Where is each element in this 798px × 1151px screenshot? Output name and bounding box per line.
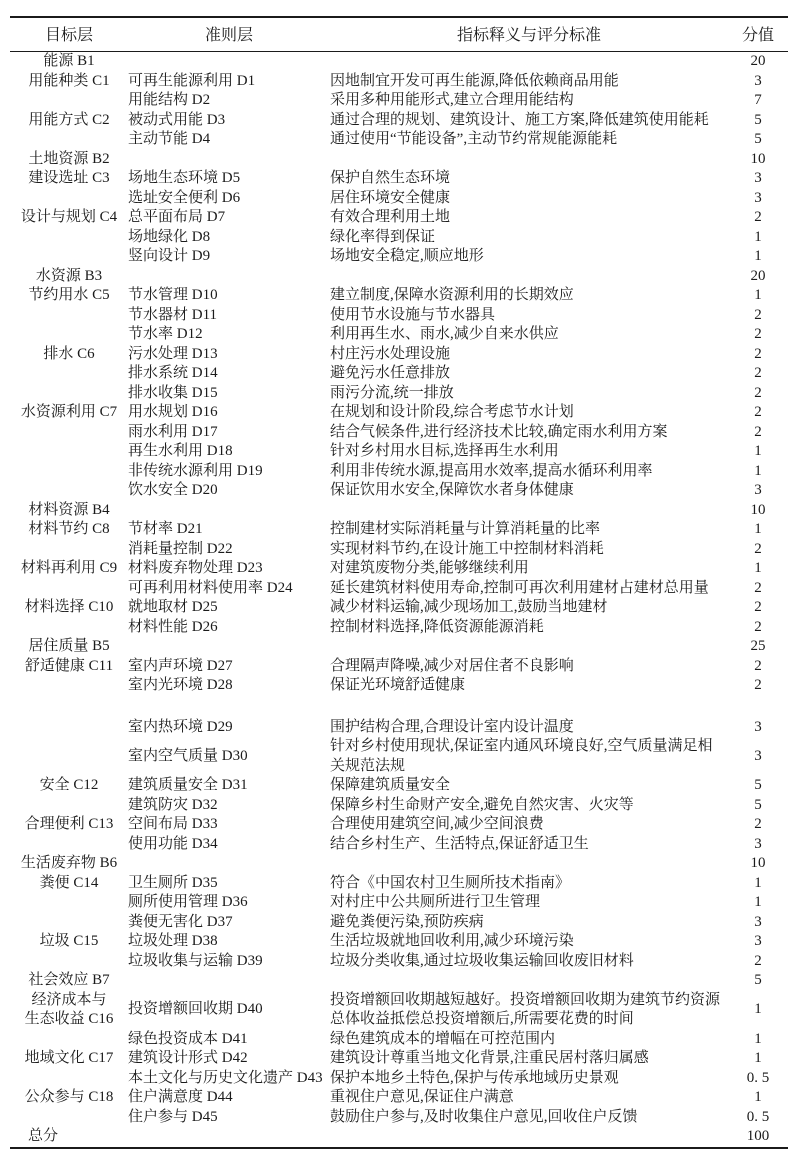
description-cell: 绿色建筑成本的增幅在可控范围内 xyxy=(330,1030,728,1050)
criterion-cell: 用水规划 D16 xyxy=(128,403,330,423)
target-cell: 合理便利 C13 xyxy=(10,815,128,835)
criterion-cell: 主动节能 D4 xyxy=(128,130,330,150)
criterion-cell xyxy=(128,854,330,874)
score-cell: 1 xyxy=(728,893,788,913)
table-row: 材料资源 B410 xyxy=(10,501,788,521)
description-cell: 采用多种用能形式,建立合理用能结构 xyxy=(330,91,728,111)
target-cell: 社会效应 B7 xyxy=(10,971,128,991)
criterion-cell: 场地绿化 D8 xyxy=(128,228,330,248)
description-cell: 实现材料节约,在设计施工中控制材料消耗 xyxy=(330,540,728,560)
description-cell xyxy=(330,854,728,874)
description-cell: 针对乡村用水目标,选择再生水利用 xyxy=(330,442,728,462)
description-cell xyxy=(330,267,728,287)
description-cell: 保证光环境舒适健康 xyxy=(330,676,728,696)
description-cell: 建立制度,保障水资源利用的长期效应 xyxy=(330,286,728,306)
table-row: 室内热环境 D29围护结构合理,合理设计室内设计温度3 xyxy=(10,696,788,738)
target-cell xyxy=(10,796,128,816)
criterion-cell: 住户参与 D45 xyxy=(128,1108,330,1128)
header-criterion-layer: 准则层 xyxy=(128,17,330,52)
table-row: 住户参与 D45鼓励住户参与,及时收集住户意见,回收住户反馈0. 5 xyxy=(10,1108,788,1128)
table-row: 粪便 C14卫生厕所 D35符合《中国农村卫生厕所技术指南》1 xyxy=(10,874,788,894)
target-cell: 能源 B1 xyxy=(10,52,128,72)
table-header: 目标层 准则层 指标释义与评分标准 分值 xyxy=(10,17,788,52)
target-cell: 材料选择 C10 xyxy=(10,598,128,618)
target-cell xyxy=(10,540,128,560)
score-cell: 20 xyxy=(728,52,788,72)
description-cell: 场地安全稳定,顺应地形 xyxy=(330,247,728,267)
description-cell: 利用非传统水源,提高用水效率,提高水循环利用率 xyxy=(330,462,728,482)
table-row: 饮水安全 D20保证饮用水安全,保障饮水者身体健康3 xyxy=(10,481,788,501)
criterion-cell xyxy=(128,150,330,170)
description-cell: 保护自然生态环境 xyxy=(330,169,728,189)
criterion-cell: 竖向设计 D9 xyxy=(128,247,330,267)
table-row: 建设选址 C3场地生态环境 D5保护自然生态环境3 xyxy=(10,169,788,189)
criterion-cell: 被动式用能 D3 xyxy=(128,111,330,131)
score-cell: 3 xyxy=(728,737,788,776)
score-cell: 3 xyxy=(728,169,788,189)
score-cell: 3 xyxy=(728,932,788,952)
criterion-cell: 室内空气质量 D30 xyxy=(128,737,330,776)
target-cell xyxy=(10,423,128,443)
target-cell xyxy=(10,676,128,696)
target-cell xyxy=(10,913,128,933)
description-cell: 利用再生水、雨水,减少自来水供应 xyxy=(330,325,728,345)
criterion-cell: 场地生态环境 D5 xyxy=(128,169,330,189)
score-cell: 2 xyxy=(728,952,788,972)
criterion-cell: 卫生厕所 D35 xyxy=(128,874,330,894)
score-cell: 3 xyxy=(728,696,788,738)
description-cell: 对村庄中公共厕所进行卫生管理 xyxy=(330,893,728,913)
criterion-cell: 材料性能 D26 xyxy=(128,618,330,638)
description-cell: 符合《中国农村卫生厕所技术指南》 xyxy=(330,874,728,894)
criterion-cell: 节水器材 D11 xyxy=(128,306,330,326)
target-cell xyxy=(10,189,128,209)
target-cell xyxy=(10,91,128,111)
description-cell: 避免污水任意排放 xyxy=(330,364,728,384)
table-row: 安全 C12建筑质量安全 D31保障建筑质量安全5 xyxy=(10,776,788,796)
description-cell: 生活垃圾就地回收利用,减少环境污染 xyxy=(330,932,728,952)
table-row: 厕所使用管理 D36对村庄中公共厕所进行卫生管理1 xyxy=(10,893,788,913)
table-body: 能源 B120用能种类 C1可再生能源利用 D1因地制宜开发可再生能源,降低依赖… xyxy=(10,52,788,1148)
table-row: 舒适健康 C11室内声环境 D27合理隔声降噪,减少对居住者不良影响2 xyxy=(10,657,788,677)
table-row: 排水收集 D15雨污分流,统一排放2 xyxy=(10,384,788,404)
description-cell: 雨污分流,统一排放 xyxy=(330,384,728,404)
description-cell xyxy=(330,971,728,991)
target-cell xyxy=(10,364,128,384)
evaluation-criteria-table: 目标层 准则层 指标释义与评分标准 分值 能源 B120用能种类 C1可再生能源… xyxy=(10,16,788,1149)
score-cell: 20 xyxy=(728,267,788,287)
score-cell: 2 xyxy=(728,579,788,599)
description-cell: 围护结构合理,合理设计室内设计温度 xyxy=(330,696,728,738)
criterion-cell: 室内光环境 D28 xyxy=(128,676,330,696)
score-cell: 1 xyxy=(728,286,788,306)
table-row: 竖向设计 D9场地安全稳定,顺应地形1 xyxy=(10,247,788,267)
criterion-cell: 饮水安全 D20 xyxy=(128,481,330,501)
table-row: 节水率 D12利用再生水、雨水,减少自来水供应2 xyxy=(10,325,788,345)
score-cell: 10 xyxy=(728,854,788,874)
score-cell: 2 xyxy=(728,540,788,560)
table-row: 材料节约 C8节材率 D21控制建材实际消耗量与计算消耗量的比率1 xyxy=(10,520,788,540)
score-cell: 2 xyxy=(728,306,788,326)
criterion-cell: 垃圾处理 D38 xyxy=(128,932,330,952)
criterion-cell: 可再利用材料使用率 D24 xyxy=(128,579,330,599)
score-cell: 2 xyxy=(728,657,788,677)
target-cell: 生活废弃物 B6 xyxy=(10,854,128,874)
table-row: 能源 B120 xyxy=(10,52,788,72)
description-cell: 避免粪便污染,预防疾病 xyxy=(330,913,728,933)
description-cell: 绿化率得到保证 xyxy=(330,228,728,248)
score-cell: 5 xyxy=(728,111,788,131)
target-cell: 垃圾 C15 xyxy=(10,932,128,952)
score-cell: 2 xyxy=(728,208,788,228)
target-cell: 水资源利用 C7 xyxy=(10,403,128,423)
description-cell: 居住环境安全健康 xyxy=(330,189,728,209)
description-cell: 控制材料选择,降低资源能源消耗 xyxy=(330,618,728,638)
criterion-cell: 排水系统 D14 xyxy=(128,364,330,384)
score-cell: 1 xyxy=(728,247,788,267)
score-cell: 5 xyxy=(728,130,788,150)
description-cell: 结合乡村生产、生活特点,保证舒适卫生 xyxy=(330,835,728,855)
description-cell: 保证饮用水安全,保障饮水者身体健康 xyxy=(330,481,728,501)
description-cell: 通过合理的规划、建筑设计、施工方案,降低建筑使用能耗 xyxy=(330,111,728,131)
description-cell xyxy=(330,637,728,657)
criterion-cell: 粪便无害化 D37 xyxy=(128,913,330,933)
target-cell: 节约用水 C5 xyxy=(10,286,128,306)
criterion-cell: 用能结构 D2 xyxy=(128,91,330,111)
target-cell xyxy=(10,384,128,404)
criterion-cell: 厕所使用管理 D36 xyxy=(128,893,330,913)
description-cell: 投资增额回收期越短越好。投资增额回收期为建筑节约资源总体收益抵偿总投资增额后,所… xyxy=(330,991,728,1030)
target-cell xyxy=(10,696,128,738)
description-cell: 鼓励住户参与,及时收集住户意见,回收住户反馈 xyxy=(330,1108,728,1128)
description-cell: 合理隔声降噪,减少对居住者不良影响 xyxy=(330,657,728,677)
table-row: 选址安全便利 D6居住环境安全健康3 xyxy=(10,189,788,209)
target-cell xyxy=(10,247,128,267)
target-cell xyxy=(10,306,128,326)
criterion-cell: 建筑设计形式 D42 xyxy=(128,1049,330,1069)
target-cell xyxy=(10,481,128,501)
header-target-layer: 目标层 xyxy=(10,17,128,52)
description-cell: 保护本地乡土特色,保护与传承地域历史景观 xyxy=(330,1069,728,1089)
table-row: 非传统水源利用 D19利用非传统水源,提高用水效率,提高水循环利用率1 xyxy=(10,462,788,482)
target-cell xyxy=(10,952,128,972)
target-cell: 总分 xyxy=(10,1127,128,1148)
target-cell: 经济成本与 生态收益 C16 xyxy=(10,991,128,1030)
criterion-cell: 材料废弃物处理 D23 xyxy=(128,559,330,579)
score-cell: 0. 5 xyxy=(728,1108,788,1128)
target-cell: 公众参与 C18 xyxy=(10,1088,128,1108)
score-cell: 2 xyxy=(728,598,788,618)
table-row: 用能方式 C2被动式用能 D3通过合理的规划、建筑设计、施工方案,降低建筑使用能… xyxy=(10,111,788,131)
target-cell: 材料再利用 C9 xyxy=(10,559,128,579)
description-cell: 在规划和设计阶段,综合考虑节水计划 xyxy=(330,403,728,423)
description-cell: 垃圾分类收集,通过垃圾收集运输回收废旧材料 xyxy=(330,952,728,972)
criterion-cell: 本土文化与历史文化遗产 D43 xyxy=(128,1069,330,1089)
description-cell: 重视住户意见,保证住户满意 xyxy=(330,1088,728,1108)
target-cell xyxy=(10,130,128,150)
criterion-cell: 室内声环境 D27 xyxy=(128,657,330,677)
description-cell xyxy=(330,150,728,170)
description-cell xyxy=(330,1127,728,1148)
target-cell xyxy=(10,618,128,638)
criterion-cell: 建筑防灾 D32 xyxy=(128,796,330,816)
target-cell: 舒适健康 C11 xyxy=(10,657,128,677)
score-cell: 2 xyxy=(728,345,788,365)
table-row: 合理便利 C13空间布局 D33合理使用建筑空间,减少空间浪费2 xyxy=(10,815,788,835)
table-row: 经济成本与 生态收益 C16投资增额回收期 D40投资增额回收期越短越好。投资增… xyxy=(10,991,788,1030)
criterion-cell: 节材率 D21 xyxy=(128,520,330,540)
criterion-cell: 非传统水源利用 D19 xyxy=(128,462,330,482)
header-score: 分值 xyxy=(728,17,788,52)
criterion-cell: 消耗量控制 D22 xyxy=(128,540,330,560)
table-row: 绿色投资成本 D41绿色建筑成本的增幅在可控范围内1 xyxy=(10,1030,788,1050)
target-cell: 材料节约 C8 xyxy=(10,520,128,540)
score-cell: 3 xyxy=(728,913,788,933)
score-cell: 1 xyxy=(728,520,788,540)
table-row: 使用功能 D34结合乡村生产、生活特点,保证舒适卫生3 xyxy=(10,835,788,855)
table-row: 排水系统 D14避免污水任意排放2 xyxy=(10,364,788,384)
score-cell: 3 xyxy=(728,189,788,209)
score-cell: 2 xyxy=(728,384,788,404)
description-cell: 保障建筑质量安全 xyxy=(330,776,728,796)
table-row: 公众参与 C18住户满意度 D44重视住户意见,保证住户满意1 xyxy=(10,1088,788,1108)
table-row: 土地资源 B210 xyxy=(10,150,788,170)
target-cell: 安全 C12 xyxy=(10,776,128,796)
target-cell: 地域文化 C17 xyxy=(10,1049,128,1069)
target-cell: 建设选址 C3 xyxy=(10,169,128,189)
score-cell: 0. 5 xyxy=(728,1069,788,1089)
target-cell: 土地资源 B2 xyxy=(10,150,128,170)
table-row: 雨水利用 D17结合气候条件,进行经济技术比较,确定雨水利用方案2 xyxy=(10,423,788,443)
criterion-cell: 投资增额回收期 D40 xyxy=(128,991,330,1030)
description-cell: 使用节水设施与节水器具 xyxy=(330,306,728,326)
description-cell: 控制建材实际消耗量与计算消耗量的比率 xyxy=(330,520,728,540)
description-cell: 建筑设计尊重当地文化背景,注重民居村落归属感 xyxy=(330,1049,728,1069)
target-cell xyxy=(10,462,128,482)
table-row: 主动节能 D4通过使用“节能设备”,主动节约常规能源能耗5 xyxy=(10,130,788,150)
target-cell: 粪便 C14 xyxy=(10,874,128,894)
criterion-cell: 再生水利用 D18 xyxy=(128,442,330,462)
criterion-cell: 就地取材 D25 xyxy=(128,598,330,618)
table-row: 室内光环境 D28保证光环境舒适健康2 xyxy=(10,676,788,696)
score-cell: 1 xyxy=(728,874,788,894)
target-cell xyxy=(10,325,128,345)
criterion-cell: 住户满意度 D44 xyxy=(128,1088,330,1108)
header-indicator-definition: 指标释义与评分标准 xyxy=(330,17,728,52)
paper-table-page: 目标层 准则层 指标释义与评分标准 分值 能源 B120用能种类 C1可再生能源… xyxy=(0,0,798,1149)
score-cell: 2 xyxy=(728,815,788,835)
target-cell: 排水 C6 xyxy=(10,345,128,365)
description-cell: 延长建筑材料使用寿命,控制可再次利用建材占建材总用量 xyxy=(330,579,728,599)
criterion-cell: 选址安全便利 D6 xyxy=(128,189,330,209)
criterion-cell xyxy=(128,637,330,657)
table-row: 居住质量 B525 xyxy=(10,637,788,657)
table-row: 设计与规划 C4总平面布局 D7有效合理利用土地2 xyxy=(10,208,788,228)
description-cell: 通过使用“节能设备”,主动节约常规能源能耗 xyxy=(330,130,728,150)
table-row: 节约用水 C5节水管理 D10建立制度,保障水资源利用的长期效应1 xyxy=(10,286,788,306)
table-row: 可再利用材料使用率 D24延长建筑材料使用寿命,控制可再次利用建材占建材总用量2 xyxy=(10,579,788,599)
score-cell: 2 xyxy=(728,423,788,443)
criterion-cell: 排水收集 D15 xyxy=(128,384,330,404)
criterion-cell xyxy=(128,267,330,287)
target-cell: 水资源 B3 xyxy=(10,267,128,287)
criterion-cell: 总平面布局 D7 xyxy=(128,208,330,228)
description-cell: 结合气候条件,进行经济技术比较,确定雨水利用方案 xyxy=(330,423,728,443)
target-cell: 设计与规划 C4 xyxy=(10,208,128,228)
description-cell: 有效合理利用土地 xyxy=(330,208,728,228)
criterion-cell: 室内热环境 D29 xyxy=(128,696,330,738)
target-cell: 用能种类 C1 xyxy=(10,72,128,92)
score-cell: 7 xyxy=(728,91,788,111)
score-cell: 25 xyxy=(728,637,788,657)
target-cell xyxy=(10,1069,128,1089)
target-cell xyxy=(10,1108,128,1128)
table-row: 节水器材 D11使用节水设施与节水器具2 xyxy=(10,306,788,326)
description-cell: 保障乡村生命财产安全,避免自然灾害、火灾等 xyxy=(330,796,728,816)
score-cell: 1 xyxy=(728,559,788,579)
table-row: 室内空气质量 D30针对乡村使用现状,保证室内通风环境良好,空气质量满足相关规范… xyxy=(10,737,788,776)
table-row: 地域文化 C17建筑设计形式 D42建筑设计尊重当地文化背景,注重民居村落归属感… xyxy=(10,1049,788,1069)
score-cell: 5 xyxy=(728,971,788,991)
table-row: 本土文化与历史文化遗产 D43保护本地乡土特色,保护与传承地域历史景观0. 5 xyxy=(10,1069,788,1089)
target-cell xyxy=(10,442,128,462)
description-cell xyxy=(330,501,728,521)
score-cell: 5 xyxy=(728,776,788,796)
criterion-cell xyxy=(128,52,330,72)
target-cell: 居住质量 B5 xyxy=(10,637,128,657)
score-cell: 1 xyxy=(728,1030,788,1050)
table-row: 建筑防灾 D32保障乡村生命财产安全,避免自然灾害、火灾等5 xyxy=(10,796,788,816)
score-cell: 10 xyxy=(728,501,788,521)
table-row: 用能种类 C1可再生能源利用 D1因地制宜开发可再生能源,降低依赖商品用能3 xyxy=(10,72,788,92)
score-cell: 1 xyxy=(728,1088,788,1108)
criterion-cell xyxy=(128,971,330,991)
criterion-cell: 节水管理 D10 xyxy=(128,286,330,306)
criterion-cell: 污水处理 D13 xyxy=(128,345,330,365)
score-cell: 3 xyxy=(728,481,788,501)
table-row: 垃圾收集与运输 D39垃圾分类收集,通过垃圾收集运输回收废旧材料2 xyxy=(10,952,788,972)
target-cell xyxy=(10,1030,128,1050)
table-row: 粪便无害化 D37避免粪便污染,预防疾病3 xyxy=(10,913,788,933)
description-cell: 针对乡村使用现状,保证室内通风环境良好,空气质量满足相关规范法规 xyxy=(330,737,728,776)
header-row: 目标层 准则层 指标释义与评分标准 分值 xyxy=(10,17,788,52)
criterion-cell: 使用功能 D34 xyxy=(128,835,330,855)
target-cell: 材料资源 B4 xyxy=(10,501,128,521)
score-cell: 1 xyxy=(728,462,788,482)
criterion-cell: 雨水利用 D17 xyxy=(128,423,330,443)
table-row: 场地绿化 D8绿化率得到保证1 xyxy=(10,228,788,248)
description-cell xyxy=(330,52,728,72)
criterion-cell: 垃圾收集与运输 D39 xyxy=(128,952,330,972)
score-cell: 2 xyxy=(728,364,788,384)
score-cell: 1 xyxy=(728,442,788,462)
score-cell: 1 xyxy=(728,1049,788,1069)
table-row: 水资源利用 C7用水规划 D16在规划和设计阶段,综合考虑节水计划2 xyxy=(10,403,788,423)
criterion-cell: 空间布局 D33 xyxy=(128,815,330,835)
description-cell: 因地制宜开发可再生能源,降低依赖商品用能 xyxy=(330,72,728,92)
score-cell: 100 xyxy=(728,1127,788,1148)
criterion-cell: 建筑质量安全 D31 xyxy=(128,776,330,796)
description-cell: 合理使用建筑空间,减少空间浪费 xyxy=(330,815,728,835)
table-row: 排水 C6污水处理 D13村庄污水处理设施2 xyxy=(10,345,788,365)
target-cell xyxy=(10,737,128,776)
target-cell xyxy=(10,228,128,248)
table-row: 生活废弃物 B610 xyxy=(10,854,788,874)
score-cell: 10 xyxy=(728,150,788,170)
criterion-cell: 节水率 D12 xyxy=(128,325,330,345)
table-row: 垃圾 C15垃圾处理 D38生活垃圾就地回收利用,减少环境污染3 xyxy=(10,932,788,952)
table-row: 总分100 xyxy=(10,1127,788,1148)
criterion-cell xyxy=(128,1127,330,1148)
description-cell: 对建筑废物分类,能够继续利用 xyxy=(330,559,728,579)
score-cell: 2 xyxy=(728,676,788,696)
target-cell: 用能方式 C2 xyxy=(10,111,128,131)
score-cell: 1 xyxy=(728,991,788,1030)
table-row: 用能结构 D2采用多种用能形式,建立合理用能结构7 xyxy=(10,91,788,111)
table-row: 材料性能 D26控制材料选择,降低资源能源消耗2 xyxy=(10,618,788,638)
description-cell: 村庄污水处理设施 xyxy=(330,345,728,365)
description-cell: 减少材料运输,减少现场加工,鼓励当地建材 xyxy=(330,598,728,618)
score-cell: 3 xyxy=(728,835,788,855)
score-cell: 3 xyxy=(728,72,788,92)
table-row: 消耗量控制 D22实现材料节约,在设计施工中控制材料消耗2 xyxy=(10,540,788,560)
target-cell xyxy=(10,835,128,855)
score-cell: 5 xyxy=(728,796,788,816)
table-row: 材料选择 C10就地取材 D25减少材料运输,减少现场加工,鼓励当地建材2 xyxy=(10,598,788,618)
criterion-cell: 可再生能源利用 D1 xyxy=(128,72,330,92)
criterion-cell xyxy=(128,501,330,521)
criterion-cell: 绿色投资成本 D41 xyxy=(128,1030,330,1050)
table-row: 材料再利用 C9材料废弃物处理 D23对建筑废物分类,能够继续利用1 xyxy=(10,559,788,579)
score-cell: 1 xyxy=(728,228,788,248)
table-row: 再生水利用 D18针对乡村用水目标,选择再生水利用1 xyxy=(10,442,788,462)
target-cell xyxy=(10,579,128,599)
table-row: 社会效应 B75 xyxy=(10,971,788,991)
target-cell xyxy=(10,893,128,913)
table-row: 水资源 B320 xyxy=(10,267,788,287)
score-cell: 2 xyxy=(728,325,788,345)
score-cell: 2 xyxy=(728,618,788,638)
score-cell: 2 xyxy=(728,403,788,423)
